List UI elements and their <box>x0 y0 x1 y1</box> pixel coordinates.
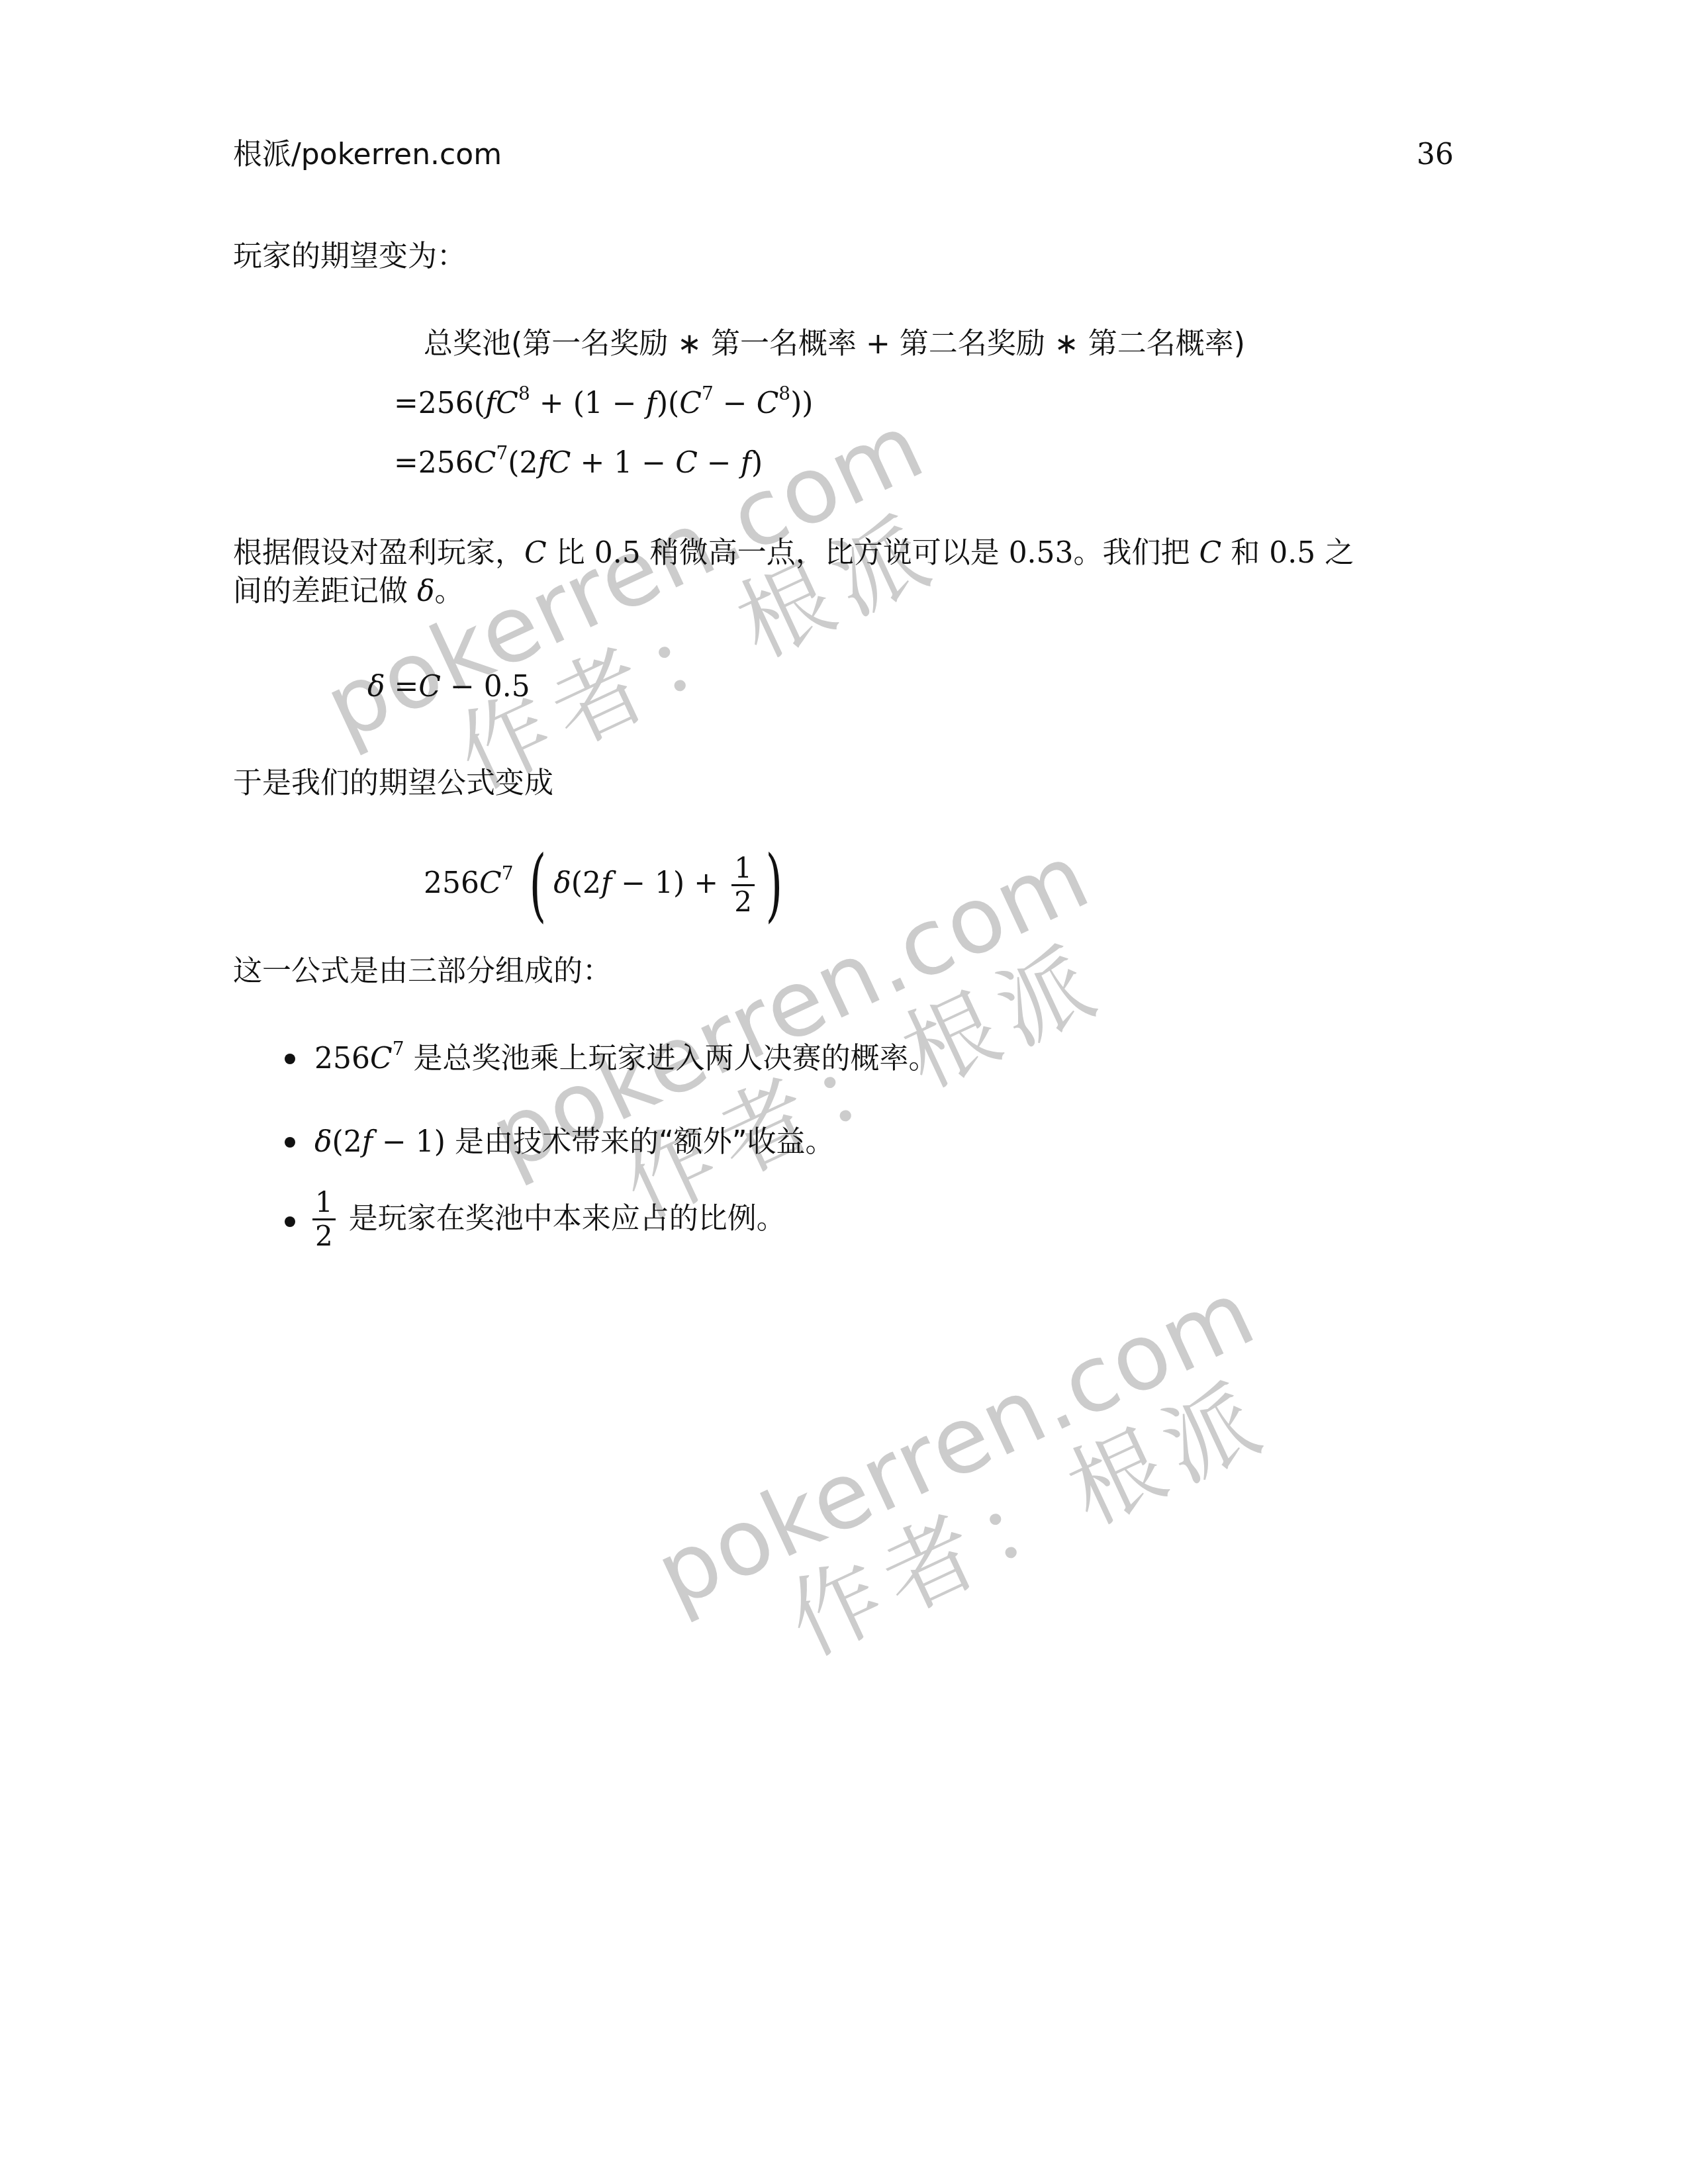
bullet-icon <box>285 1054 295 1064</box>
fraction-one-half: 12 <box>731 852 755 918</box>
watermark-author: 作者：根派 <box>774 1353 1311 1674</box>
fraction-one-half: 12 <box>312 1187 336 1252</box>
bullet-icon <box>285 1137 295 1148</box>
watermark: pokerren.com 作者：根派 <box>642 1263 1311 1715</box>
list-item: 256C7 是总奖池乘上玩家进入两人决赛的概率。 <box>314 1040 937 1077</box>
delta-definition: δ =C − 0.5 <box>367 668 530 705</box>
bullet-icon <box>285 1216 295 1227</box>
assumption-paragraph-line-2: 间的差距记做 δ。 <box>233 573 464 610</box>
list-item: δ(2f − 1) 是由技术带来的“额外”收益。 <box>314 1124 835 1161</box>
running-header: 根派/pokerren.com <box>233 136 502 173</box>
watermark-author: 作者：根派 <box>443 486 980 807</box>
watermark-url: pokerren.com <box>642 1263 1269 1625</box>
document-page: pokerren.com 作者：根派 pokerren.com 作者：根派 po… <box>0 0 1688 2184</box>
composition-intro: 这一公式是由三部分组成的： <box>233 953 612 990</box>
list-item: 12 是玩家在奖池中本来应占的比例。 <box>308 1183 786 1253</box>
intro-text: 玩家的期望变为： <box>233 238 466 275</box>
page-number: 36 <box>1417 136 1454 173</box>
assumption-paragraph-line-1: 根据假设对盈利玩家，C 比 0.5 稍微高一点，比方说可以是 0.53。我们把 … <box>233 535 1354 572</box>
equation-line-3: =256C7(2fC + 1 − C − f) <box>394 445 763 482</box>
equation-line-1: 总奖池(第一名奖励 ∗ 第一名概率 + 第二名奖励 ∗ 第二名概率) <box>424 326 1245 363</box>
expected-value-equation: 256C7 (δ(2f − 1) + 12) <box>424 841 790 927</box>
then-text: 于是我们的期望公式变成 <box>233 765 553 802</box>
equation-line-2: =256(fC8 + (1 − f)(C7 − C8)) <box>394 385 813 422</box>
